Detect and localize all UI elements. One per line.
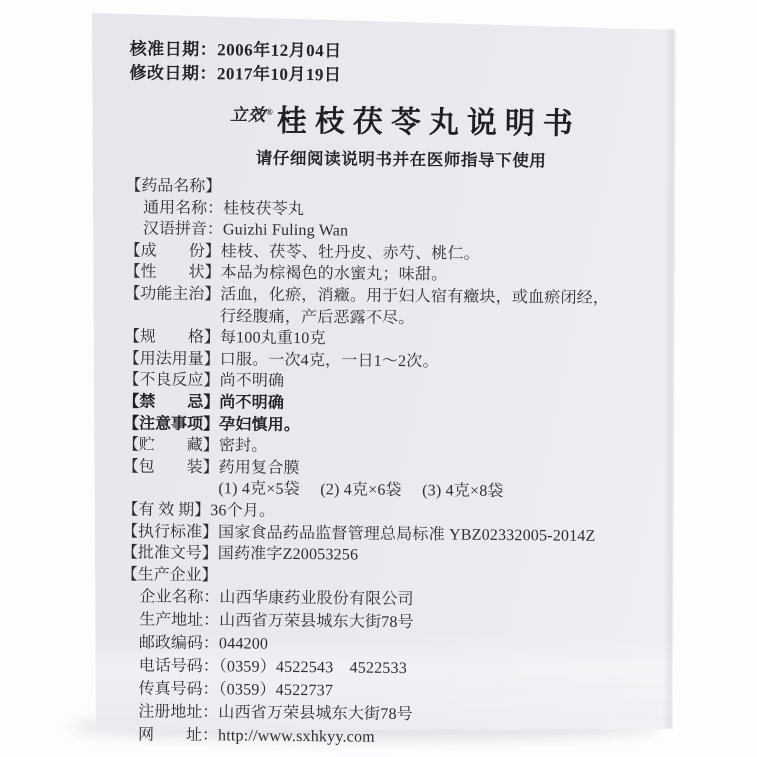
brand-logo: 立效® xyxy=(230,92,274,134)
revision-date-line: 修改日期：2017年10月19日 xyxy=(129,61,677,90)
approval-date-value: 2006年12月04日 xyxy=(217,40,342,60)
row-website: 网 址：http://www.sxhkyy.com xyxy=(85,723,671,752)
revision-date-value: 2017年10月19日 xyxy=(217,64,342,84)
usage-notice: 请仔细阅读说明书并在医师指导下使用 xyxy=(126,145,677,174)
dates-block: 核准日期：2006年12月04日 修改日期：2017年10月19日 xyxy=(129,37,677,90)
page-title: 立效®桂枝茯苓丸说明书 xyxy=(126,91,677,149)
title-block: 立效®桂枝茯苓丸说明书 请仔细阅读说明书并在医师指导下使用 xyxy=(126,91,678,174)
drug-title: 桂枝茯苓丸说明书 xyxy=(277,105,581,141)
spec-rows: 【药品名称】 通用名称：桂枝茯苓丸 汉语拼音：Guizhi Fuling Wan… xyxy=(85,175,676,752)
registered-trademark-icon: ® xyxy=(266,107,274,117)
photo-of-package-insert: 核准日期：2006年12月04日 修改日期：2017年10月19日 立效®桂枝茯… xyxy=(0,0,757,757)
approval-date-label: 核准日期： xyxy=(130,39,218,59)
brand-name: 立效 xyxy=(230,105,266,124)
insert-content: 核准日期：2006年12月04日 修改日期：2017年10月19日 立效®桂枝茯… xyxy=(85,13,678,752)
revision-date-label: 修改日期： xyxy=(129,63,217,83)
